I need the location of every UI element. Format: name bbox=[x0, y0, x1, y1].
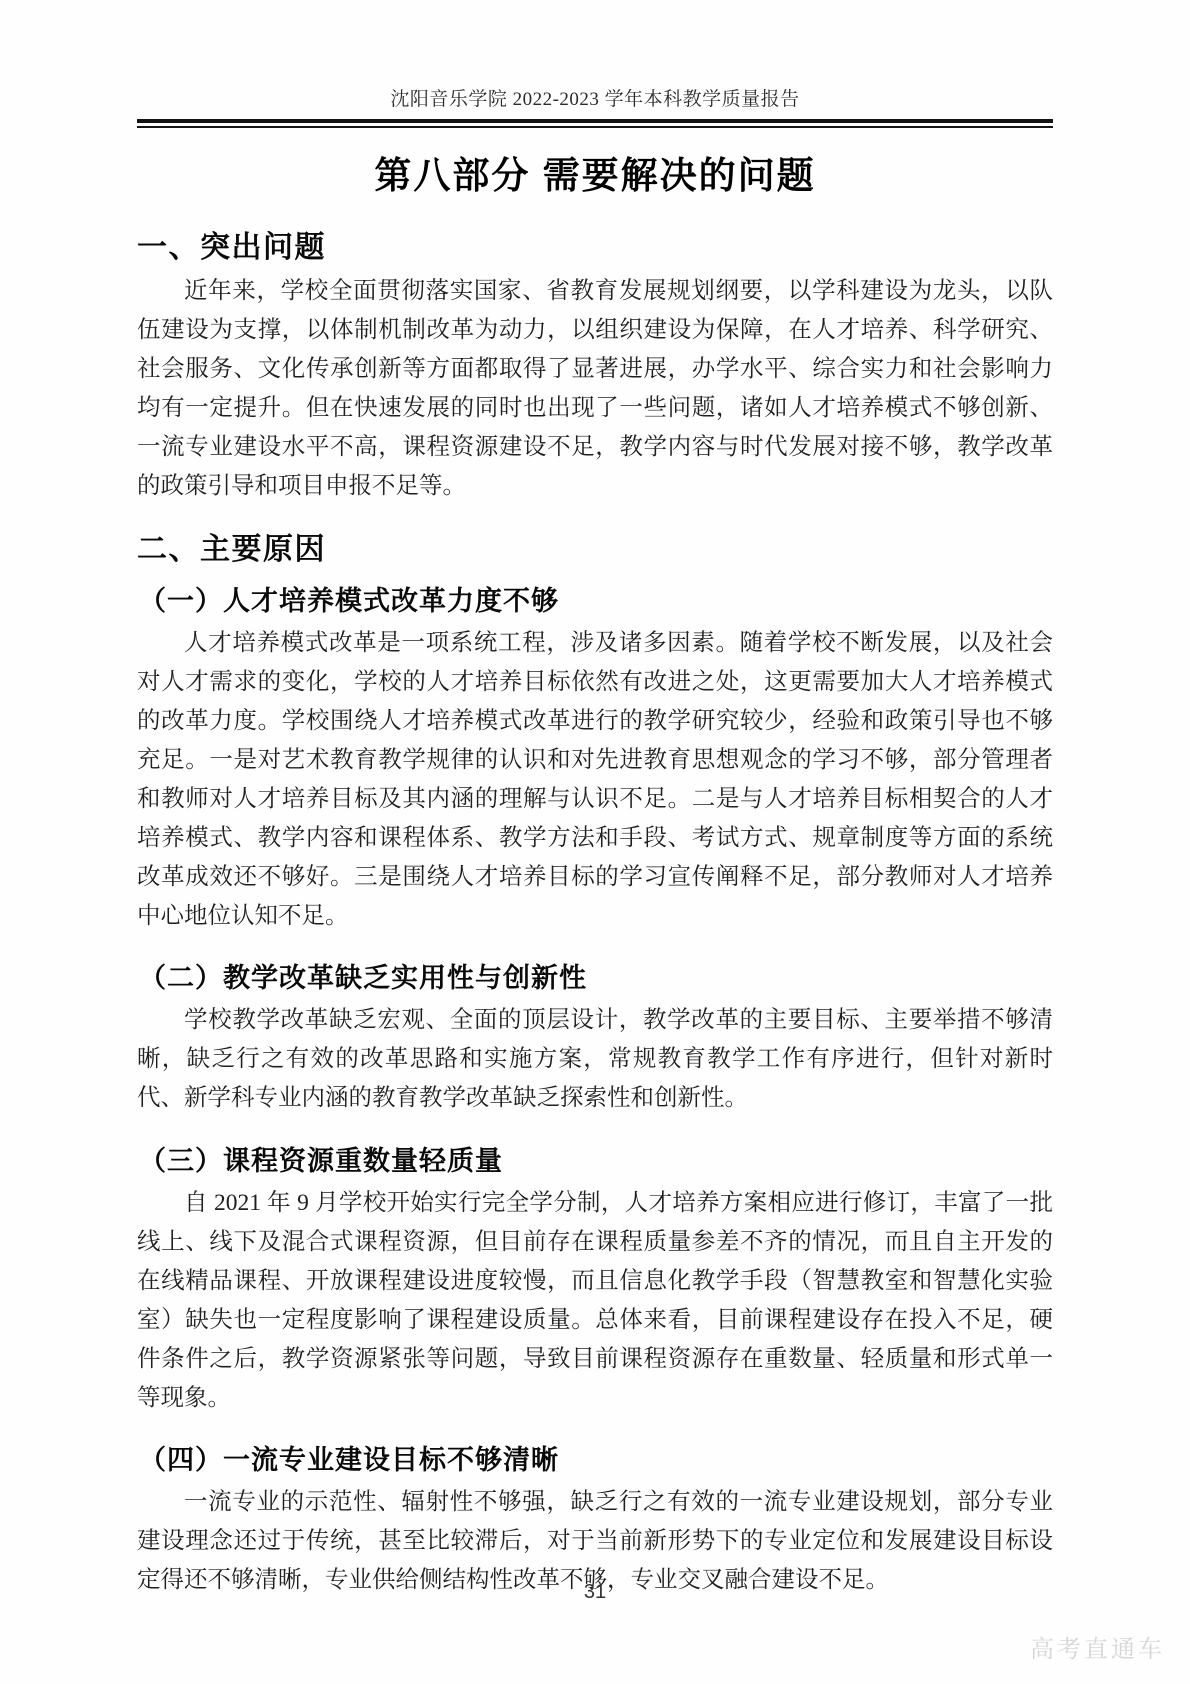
subsection-heading-teaching-reform: （二）教学改革缺乏实用性与创新性 bbox=[137, 959, 1053, 997]
header-rule bbox=[137, 119, 1053, 128]
paragraph-outstanding-problems: 近年来，学校全面贯彻落实国家、省教育发展规划纲要，以学科建设为龙头，以队伍建设为… bbox=[137, 272, 1053, 506]
page-title: 第八部分 需要解决的问题 bbox=[137, 152, 1053, 200]
paragraph-teaching-reform: 学校教学改革缺乏宏观、全面的顶层设计，教学改革的主要目标、主要举措不够清晰，缺乏… bbox=[137, 1001, 1053, 1118]
paragraph-talent-model-reform: 人才培养模式改革是一项系统工程，涉及诸多因素。随着学校不断发展，以及社会对人才需… bbox=[137, 624, 1053, 936]
subsection-heading-talent-model-reform: （一）人才培养模式改革力度不够 bbox=[137, 582, 1053, 620]
running-header: 沈阳音乐学院 2022-2023 学年本科教学质量报告 bbox=[137, 84, 1053, 111]
subsection-heading-first-class-majors: （四）一流专业建设目标不够清晰 bbox=[137, 1441, 1053, 1479]
paragraph-course-resources: 自 2021 年 9 月学校开始实行完全学分制，人才培养方案相应进行修订，丰富了… bbox=[137, 1184, 1053, 1418]
section-heading-main-causes: 二、主要原因 bbox=[137, 530, 1053, 570]
subsection-heading-course-resources: （三）课程资源重数量轻质量 bbox=[137, 1142, 1053, 1180]
page-number: 31 bbox=[0, 1581, 1190, 1604]
page-content: 沈阳音乐学院 2022-2023 学年本科教学质量报告 第八部分 需要解决的问题… bbox=[137, 0, 1053, 1600]
document-page: 沈阳音乐学院 2022-2023 学年本科教学质量报告 第八部分 需要解决的问题… bbox=[0, 0, 1190, 1684]
watermark: 高考直通车 bbox=[1030, 1629, 1165, 1664]
section-heading-outstanding-problems: 一、突出问题 bbox=[137, 228, 1053, 268]
